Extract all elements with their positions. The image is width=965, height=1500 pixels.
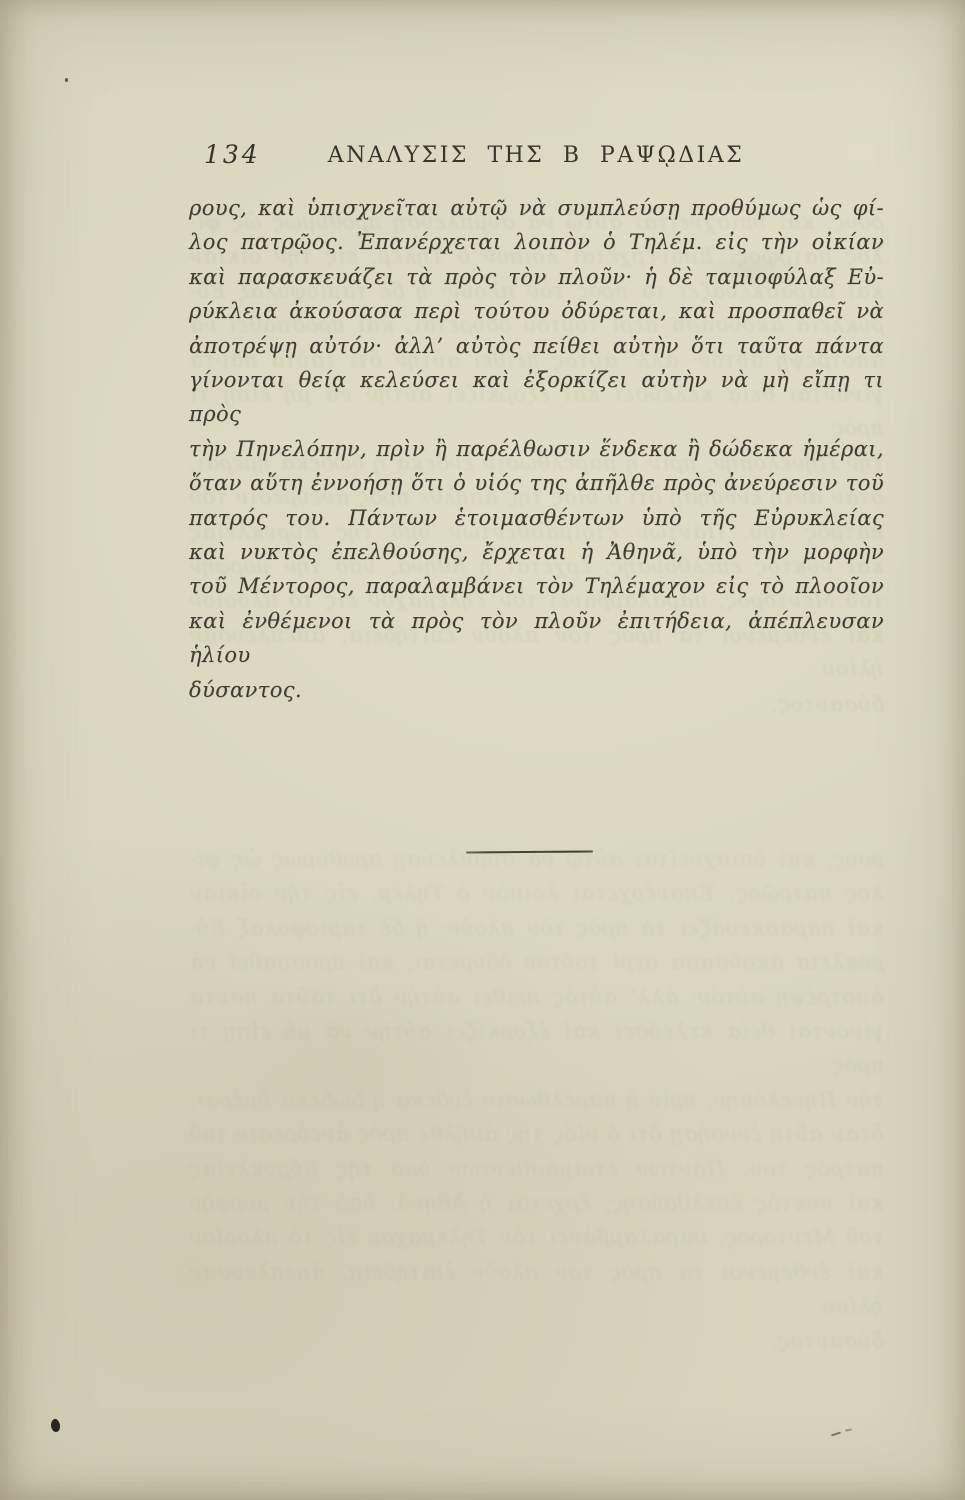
running-header: 134 ΑΝΑΛΥΣΙΣ ΤΗΣ Β ΡΑΨῼΔΙΑΣ — [188, 140, 884, 174]
bleedthrough-line: λος πατρῷος. Ἐπανέρχεται λοιπὸν ὁ Τηλέμ.… — [189, 876, 884, 910]
body-text-line: γίνονται θείᾳ κελεύσει καὶ ἐξορκίζει αὐτ… — [189, 363, 884, 432]
body-text-line: λος πατρῷος. Ἐπανέρχεται λοιπὸν ὁ Τηλέμ.… — [189, 225, 884, 259]
body-text-line: καὶ νυκτὸς ἐπελθούσης, ἔρχεται ἡ Ἀθηνᾶ, … — [189, 535, 884, 569]
body-text-line: πατρός του. Πάντων ἑτοιμασθέντων ὑπὸ τῆς… — [189, 501, 884, 535]
paper-speck — [65, 78, 68, 82]
body-text-line: δύσαντος. — [189, 673, 884, 707]
body-text-line: καὶ παρασκευάζει τὰ πρὸς τὸν πλοῦν· ἡ δὲ… — [189, 260, 884, 294]
scanned-book-page: 134 ΑΝΑΛΥΣΙΣ ΤΗΣ Β ΡΑΨῼΔΙΑΣ ρους, καὶ ὑπ… — [0, 0, 965, 1500]
bleedthrough-line: ρύκλεια ἀκούσασα περὶ τούτου ὀδύρεται, κ… — [189, 945, 884, 979]
running-header-title: ΑΝΑΛΥΣΙΣ ΤΗΣ Β ΡΑΨῼΔΙΑΣ — [188, 143, 884, 168]
section-divider-rule — [466, 851, 593, 854]
bleedthrough-line: δύσαντος. — [189, 1324, 884, 1358]
ink-spot — [50, 1418, 62, 1433]
pencil-mark — [845, 1428, 852, 1431]
body-text-line: ἀποτρέψῃ αὐτόν· ἀλλ’ αὐτὸς πείθει αὐτὴν … — [189, 329, 884, 363]
bleedthrough-line: καὶ ἐνθέμενοι τὰ πρὸς τὸν πλοῦν ἐπιτήδει… — [189, 1255, 884, 1324]
pencil-mark — [831, 1432, 841, 1437]
body-text-line: ρους, καὶ ὑπισχνεῖται αὐτῷ νὰ συμπλεύσῃ … — [189, 191, 884, 225]
body-text-line: καὶ ἐνθέμενοι τὰ πρὸς τὸν πλοῦν ἐπιτήδει… — [189, 604, 884, 673]
body-text-line: τὴν Πηνελόπην, πρὶν ἢ παρέλθωσιν ἕνδεκα … — [189, 432, 884, 466]
bleedthrough-line: καὶ νυκτὸς ἐπελθούσης, ἔρχεται ἡ Ἀθηνᾶ, … — [189, 1186, 884, 1220]
body-text-line: τοῦ Μέντορος, παραλαμβάνει τὸν Τηλέμαχον… — [189, 569, 884, 603]
bleedthrough-line: τοῦ Μέντορος, παραλαμβάνει τὸν Τηλέμαχον… — [189, 1220, 884, 1254]
bleedthrough-line: καὶ παρασκευάζει τὰ πρὸς τὸν πλοῦν· ἡ δὲ… — [189, 911, 884, 945]
bleedthrough-line: ρους, καὶ ὑπισχνεῖται αὐτῷ νὰ συμπλεύσῃ … — [189, 842, 884, 876]
bleedthrough-line: πατρός του. Πάντων ἑτοιμασθέντων ὑπὸ τῆς… — [189, 1152, 884, 1186]
body-paragraph: ρους, καὶ ὑπισχνεῖται αὐτῷ νὰ συμπλεύσῃ … — [189, 191, 884, 707]
body-text-line: ὅταν αὕτη ἐννοήσῃ ὅτι ὁ υἱός της ἀπῆλθε … — [189, 466, 884, 500]
body-text-line: ρύκλεια ἀκούσασα περὶ τούτου ὀδύρεται, κ… — [189, 294, 884, 328]
paper-stain — [200, 980, 500, 1140]
